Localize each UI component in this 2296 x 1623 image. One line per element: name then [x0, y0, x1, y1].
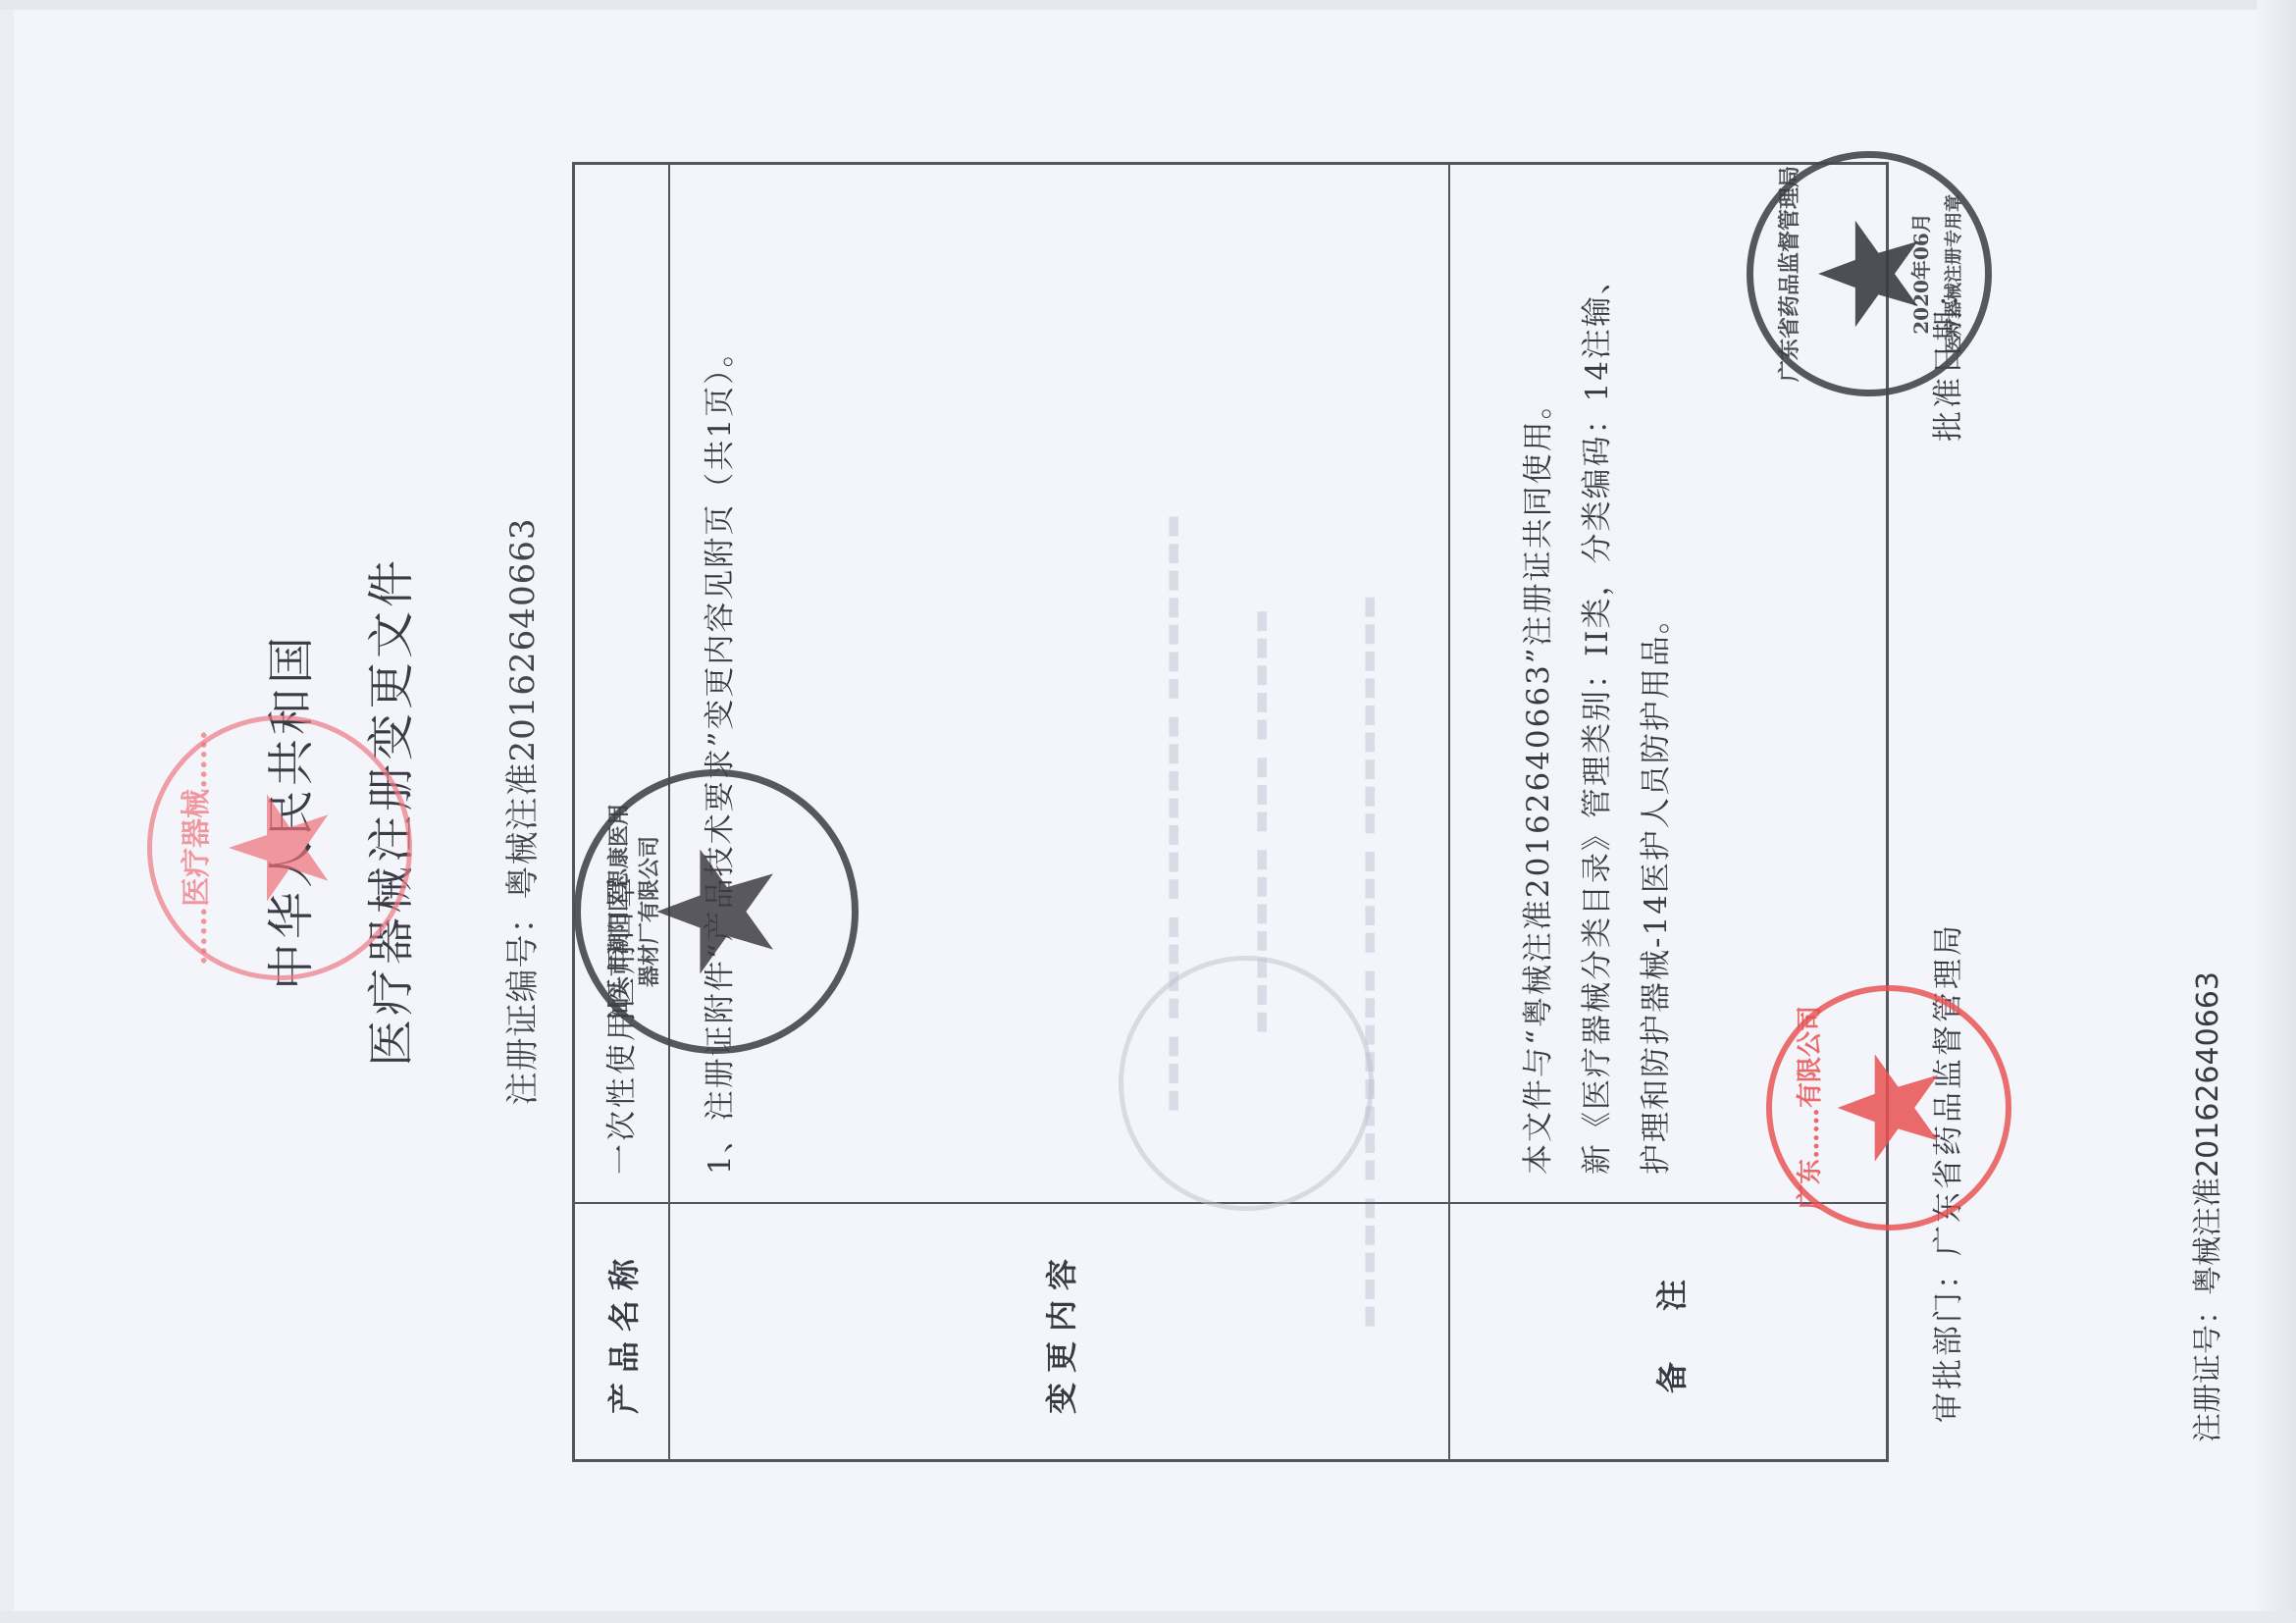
change-content-label: 变更内容: [670, 1202, 1448, 1459]
regulator-seal: 广东省药品监督管理局 2020年06月 医疗器械注册专用章: [1747, 151, 1992, 396]
red-company-seal: 广东……有限公司: [1766, 985, 2011, 1230]
registration-change-document: ▬▬▬ ▬▬▬▬ ▬▬▬▬▬▬▬ ▬▬▬▬▬▬▬ ▬▬▬▬▬▬▬ ▬▬▬ ▬▬▬…: [0, 0, 2296, 1623]
product-name-value: 一次性使用医用口罩: [575, 165, 668, 1204]
seal-date: 2020年06月: [1905, 158, 1934, 390]
remarks-line: 护理和防护器械-14医护人员防护用品。: [1627, 194, 1686, 1175]
seal-subtext: 医疗器械注册专用章: [1940, 158, 1965, 390]
red-faint-seal: ……医疗器械……: [147, 715, 412, 980]
remarks-label: 备 注: [1450, 1202, 1889, 1459]
footer-registration-number: 注册证号：粤械注准20162640663: [2183, 971, 2226, 1442]
registration-number-header: 注册证编号：粤械注准20162640663: [496, 0, 544, 1623]
seal-text: ……医疗器械……: [172, 720, 215, 975]
seal-text: 广东……有限公司: [1790, 991, 1826, 1225]
remarks-line: 本文件与“粤械注准20162640663”注册证共同使用。: [1509, 194, 1568, 1175]
product-name-label: 产品名称: [575, 1202, 668, 1459]
remarks-line: 新《医疗器械分类目录》管理类别：II类，分类编码：14注输、: [1568, 194, 1627, 1175]
applicant-company-seal: 汕头市潮阳区思康医用器材厂有限公司: [574, 769, 859, 1054]
seal-text: 汕头市潮阳区思康医用器材厂有限公司: [602, 776, 663, 1047]
seal-text: 广东省药品监督管理局: [1773, 158, 1803, 390]
bleed-through-seal: [1119, 956, 1374, 1211]
